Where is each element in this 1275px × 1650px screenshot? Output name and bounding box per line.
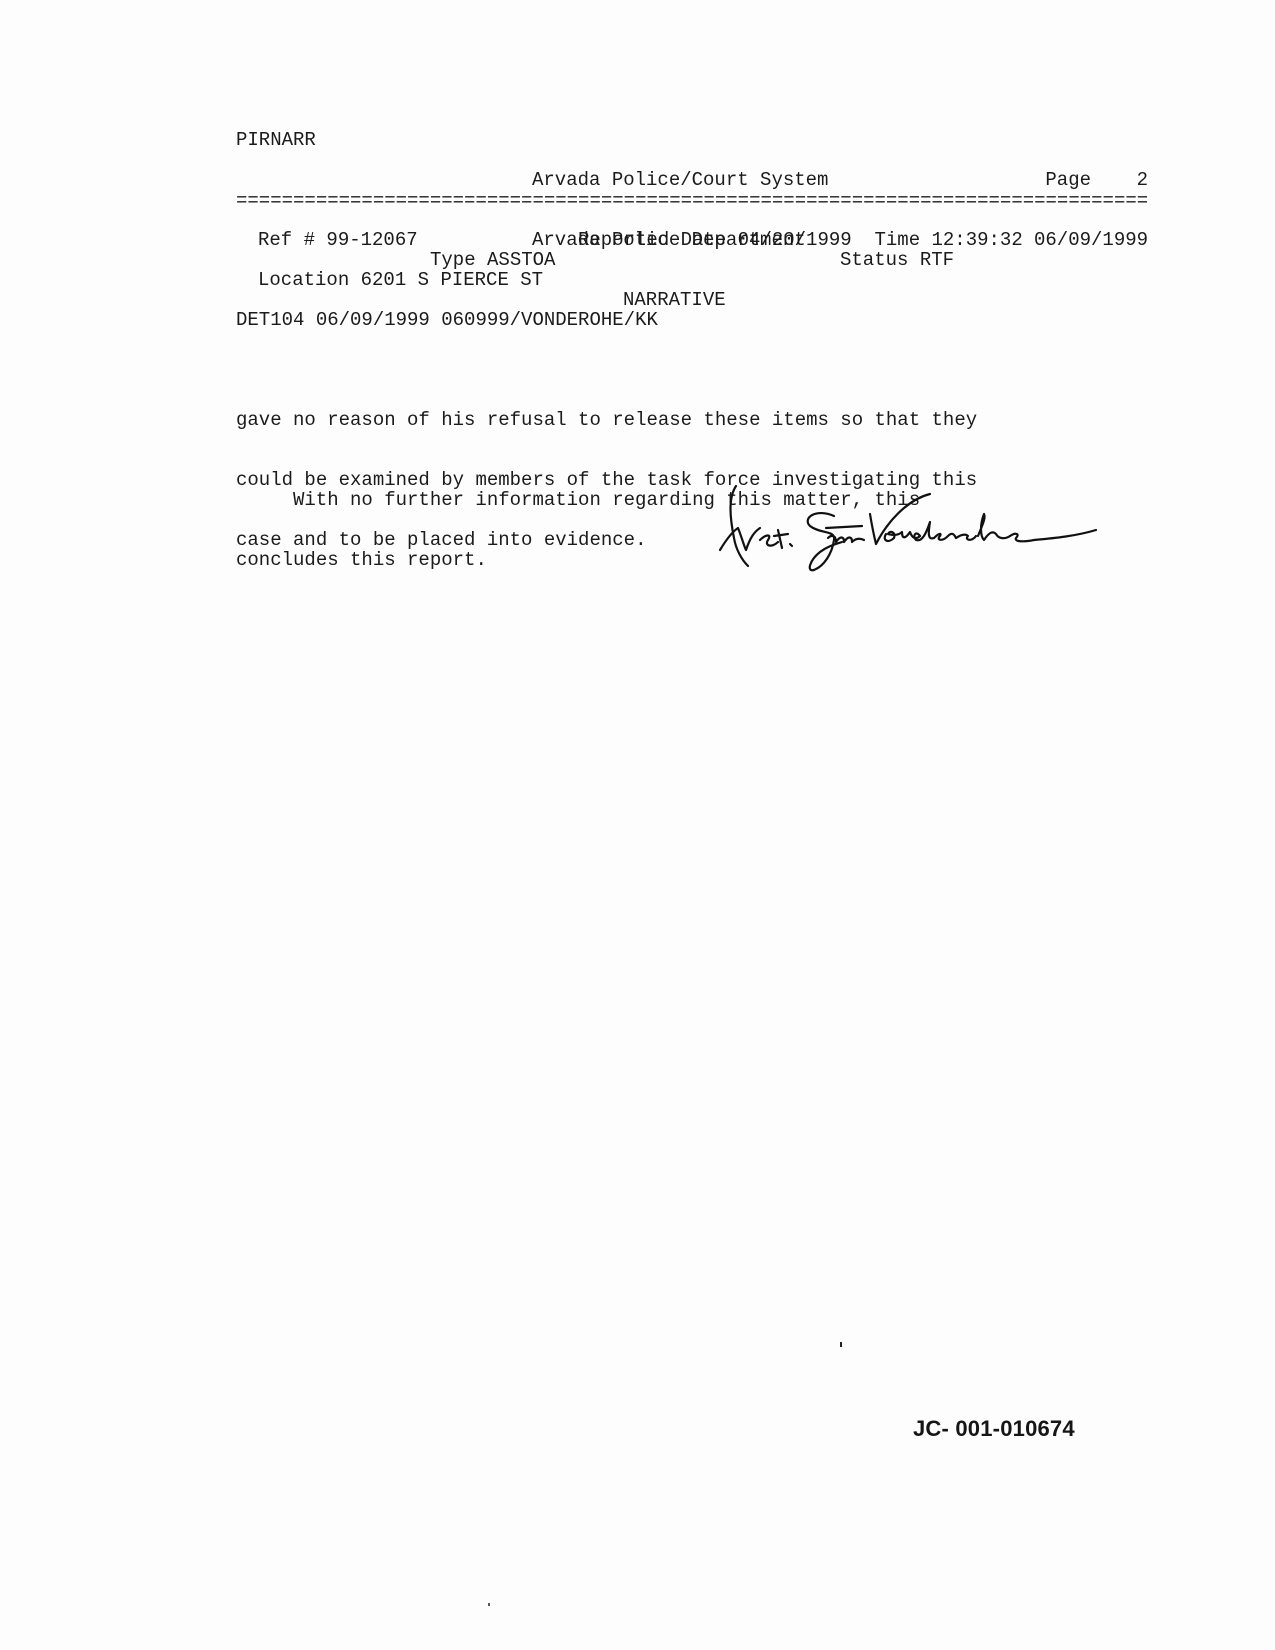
system-name: Arvada Police/Court System xyxy=(532,170,828,190)
ref-label: Ref # xyxy=(258,229,315,251)
reported-time: 12:39:32 xyxy=(932,229,1023,251)
section-title: NARRATIVE xyxy=(532,290,828,310)
reported-field: Reported Date 04/20/1999 Time 12:39:32 xyxy=(578,230,1023,250)
type-field: Type ASSTOA xyxy=(430,250,555,270)
entry-line: DET104 06/09/1999 060999/VONDEROHE/KK xyxy=(236,310,658,330)
type-label: Type xyxy=(430,249,476,271)
location-value: 6201 S PIERCE ST xyxy=(361,269,543,291)
location-label: Location xyxy=(258,269,349,291)
print-date: 06/09/1999 xyxy=(1034,230,1148,250)
time-label: Time xyxy=(874,229,920,251)
document-page: PIRNARR Arvada Police/Court System Arvad… xyxy=(0,0,1275,1650)
report-code: PIRNARR xyxy=(236,130,316,150)
scan-artifact xyxy=(488,1603,490,1606)
type-value: ASSTOA xyxy=(487,249,555,271)
scan-artifact xyxy=(840,1342,842,1347)
ref-number: 99-12067 xyxy=(326,229,417,251)
location-field: Location 6201 S PIERCE ST xyxy=(258,270,543,290)
signature-icon xyxy=(716,478,1101,573)
page-label: Page xyxy=(1045,169,1091,191)
status-label: Status xyxy=(840,249,908,271)
narrative-line: gave no reason of his refusal to release… xyxy=(236,410,977,430)
status-value: RTF xyxy=(920,249,954,271)
reported-label: Reported Date xyxy=(578,229,726,251)
reported-date: 04/20/1999 xyxy=(738,229,852,251)
page-number-line: Page 2 xyxy=(1034,170,1148,190)
bates-number: JC- 001-010674 xyxy=(913,1416,1075,1442)
ref-number-field: Ref # 99-12067 xyxy=(258,230,418,250)
page-number: 2 xyxy=(1137,169,1148,191)
status-field: Status RTF xyxy=(840,250,954,270)
header-separator: ========================================… xyxy=(236,191,1148,211)
